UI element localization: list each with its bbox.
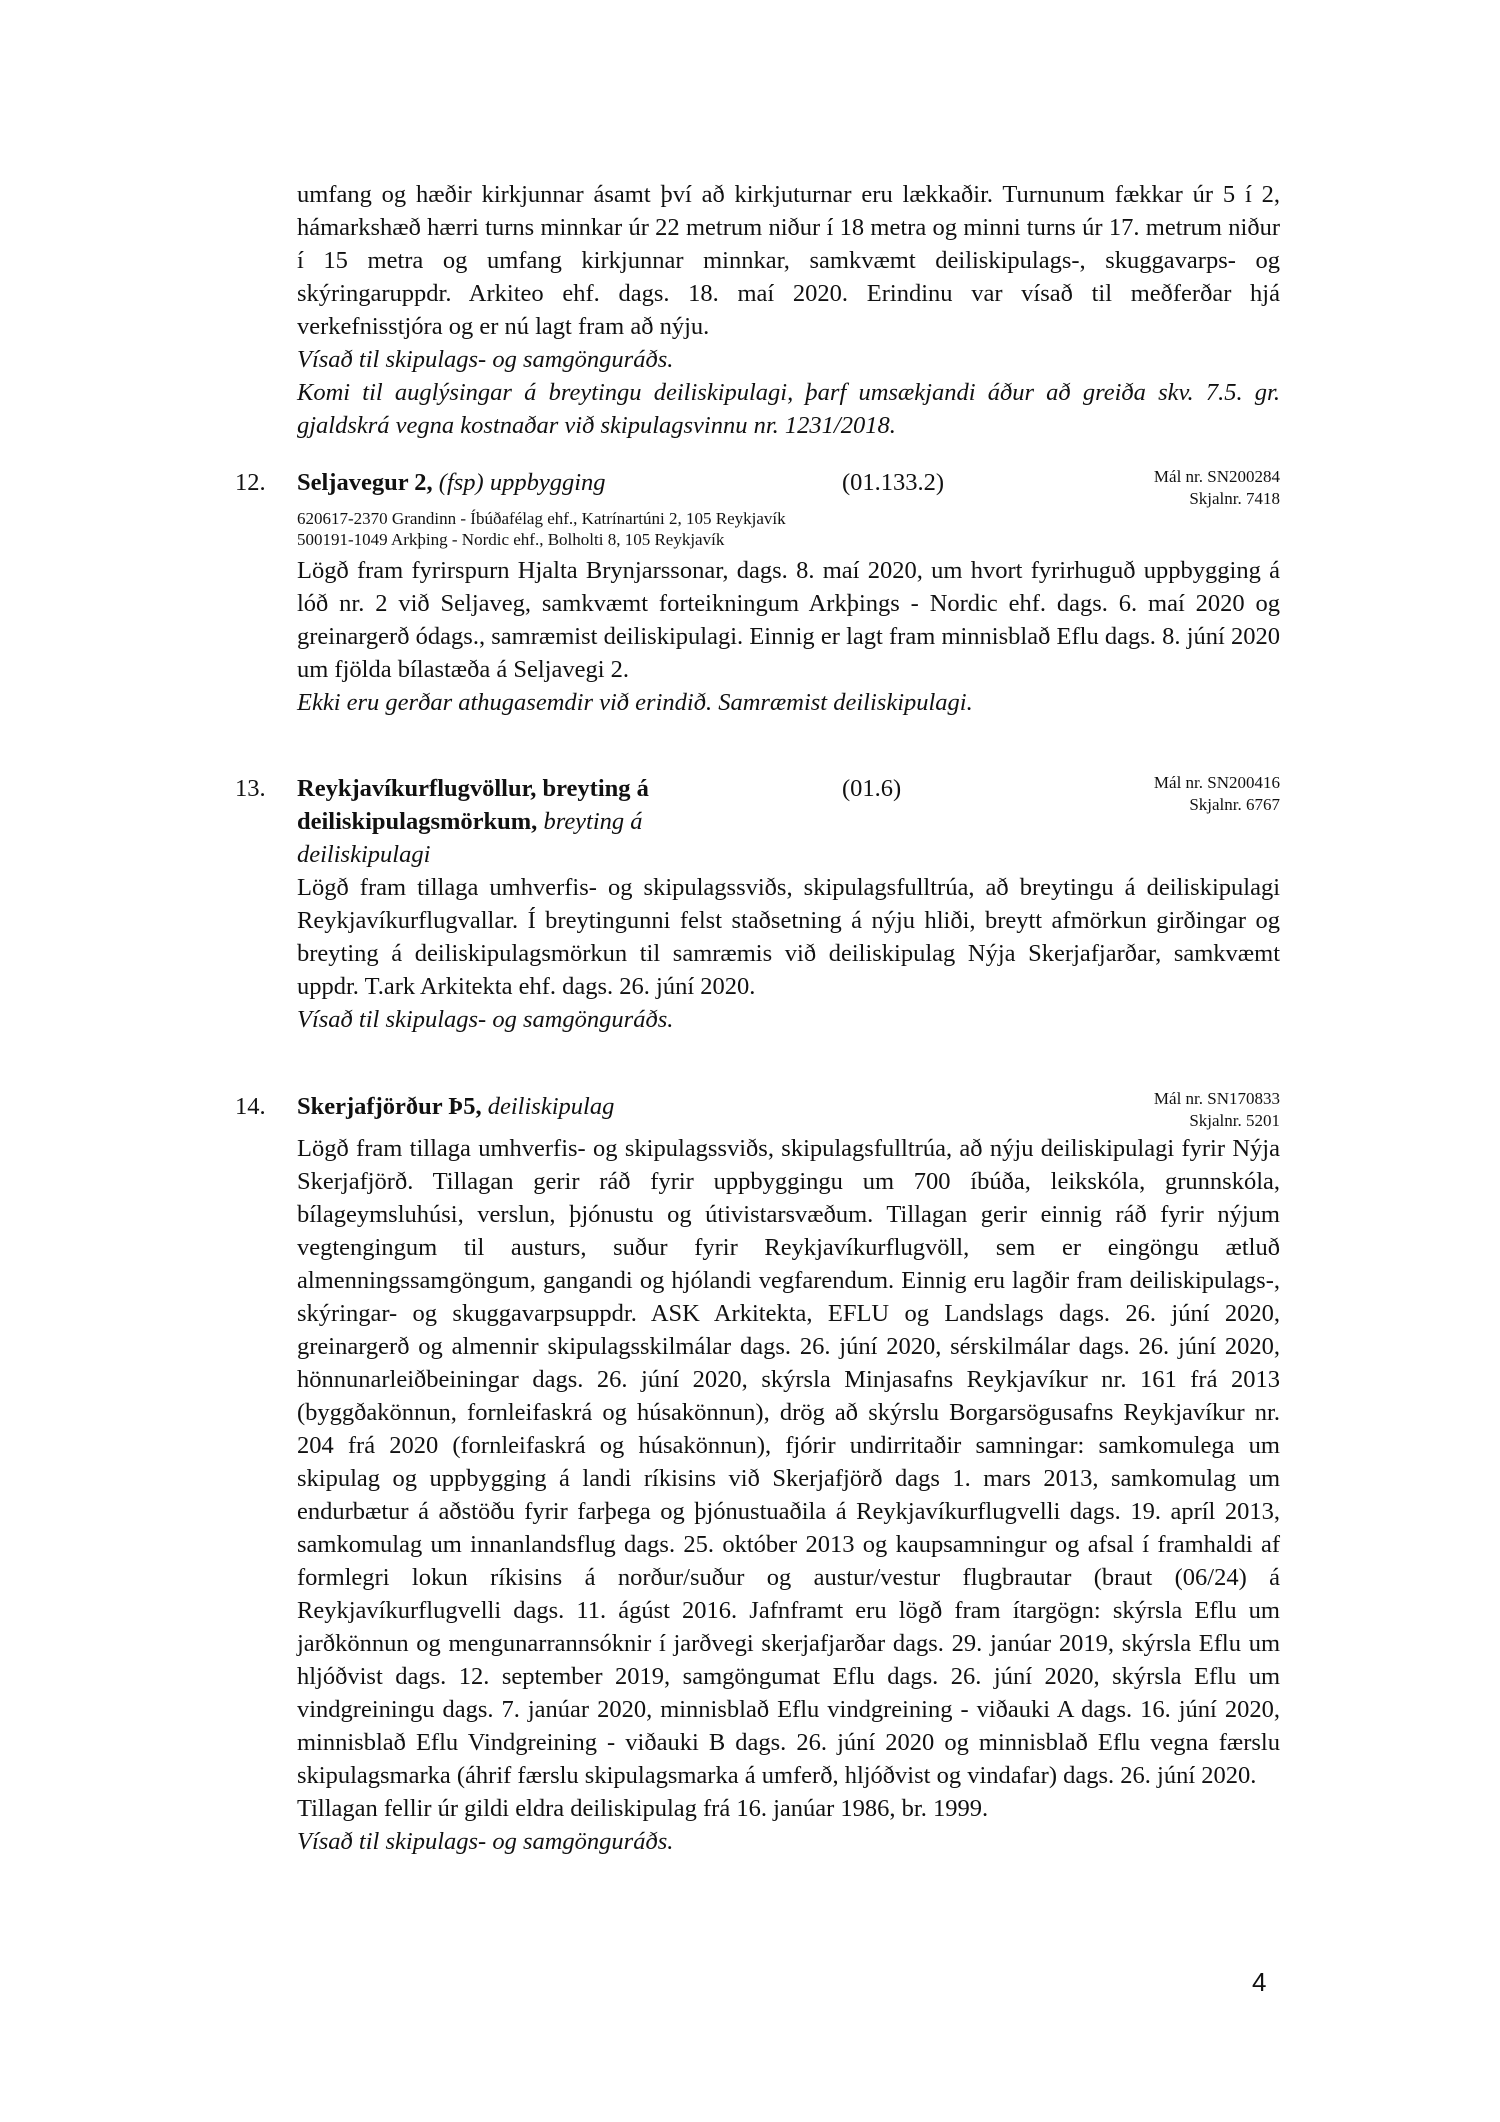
skjal-nr: Skjalnr. 5201: [1154, 1110, 1280, 1132]
item-body: Lögð fram tillaga umhverfis- og skipulag…: [297, 1132, 1280, 1858]
agenda-item-14: 14. Skerjafjörður Þ5, deiliskipulag Mál …: [235, 1090, 1280, 1950]
owner-line: 500191-1049 Arkþing - Nordic ehf., Bolho…: [297, 529, 786, 550]
agenda-item-12: 12. Seljavegur 2, (fsp) uppbygging (01.1…: [235, 466, 1280, 726]
item-description: Lögð fram tillaga umhverfis- og skipulag…: [297, 871, 1280, 1003]
item-title-bold: Skerjafjörður Þ5,: [297, 1093, 482, 1120]
item-code: (01.133.2): [842, 466, 944, 499]
mal-nr: Mál nr. SN170833: [1154, 1088, 1280, 1110]
document-page: umfang og hæðir kirkjunnar ásamt því að …: [0, 0, 1500, 2122]
continued-decision: Vísað til skipulags- og samgönguráðs.: [297, 343, 1280, 376]
item-description: Lögð fram tillaga umhverfis- og skipulag…: [297, 1132, 1280, 1792]
item-number: 13.: [235, 772, 266, 805]
continued-note: Komi til auglýsingar á breytingu deilisk…: [297, 376, 1280, 442]
item-title: Seljavegur 2, (fsp) uppbygging: [297, 466, 737, 499]
item-reference: Mál nr. SN200284 Skjalnr. 7418: [1154, 466, 1280, 510]
skjal-nr: Skjalnr. 7418: [1154, 488, 1280, 510]
mal-nr: Mál nr. SN200416: [1154, 772, 1280, 794]
item-code: (01.6): [842, 772, 901, 805]
mal-nr: Mál nr. SN200284: [1154, 466, 1280, 488]
item-decision: Vísað til skipulags- og samgönguráðs.: [297, 1003, 1280, 1036]
item-reference: Mál nr. SN200416 Skjalnr. 6767: [1154, 772, 1280, 816]
continued-body: umfang og hæðir kirkjunnar ásamt því að …: [297, 178, 1280, 343]
item-number: 12.: [235, 466, 266, 499]
skjal-nr: Skjalnr. 6767: [1154, 794, 1280, 816]
owner-line: 620617-2370 Grandinn - Íbúðafélag ehf., …: [297, 508, 786, 529]
item-number: 14.: [235, 1090, 266, 1123]
item-owners: 620617-2370 Grandinn - Íbúðafélag ehf., …: [297, 508, 786, 550]
item-title-bold: Seljavegur 2,: [297, 469, 433, 496]
item-title-italic: (fsp) uppbygging: [439, 469, 606, 496]
continued-item: umfang og hæðir kirkjunnar ásamt því að …: [297, 178, 1280, 442]
item-decision: Vísað til skipulags- og samgönguráðs.: [297, 1825, 1280, 1858]
item-extra: Tillagan fellir úr gildi eldra deiliskip…: [297, 1792, 1280, 1825]
item-title: Reykjavíkurflugvöllur, breyting á deilis…: [297, 772, 717, 871]
item-description: Lögð fram fyrirspurn Hjalta Brynjarssona…: [297, 554, 1280, 686]
item-title-italic: deiliskipulag: [488, 1093, 615, 1120]
item-title: Skerjafjörður Þ5, deiliskipulag: [297, 1090, 737, 1123]
item-body: Lögð fram tillaga umhverfis- og skipulag…: [297, 871, 1280, 1036]
item-body: Lögð fram fyrirspurn Hjalta Brynjarssona…: [297, 554, 1280, 719]
agenda-item-13: 13. Reykjavíkurflugvöllur, breyting á de…: [235, 772, 1280, 1032]
item-decision: Ekki eru gerðar athugasemdir við erindið…: [297, 686, 1280, 719]
item-reference: Mál nr. SN170833 Skjalnr. 5201: [1154, 1088, 1280, 1132]
page-number: 4: [1252, 1967, 1266, 1998]
